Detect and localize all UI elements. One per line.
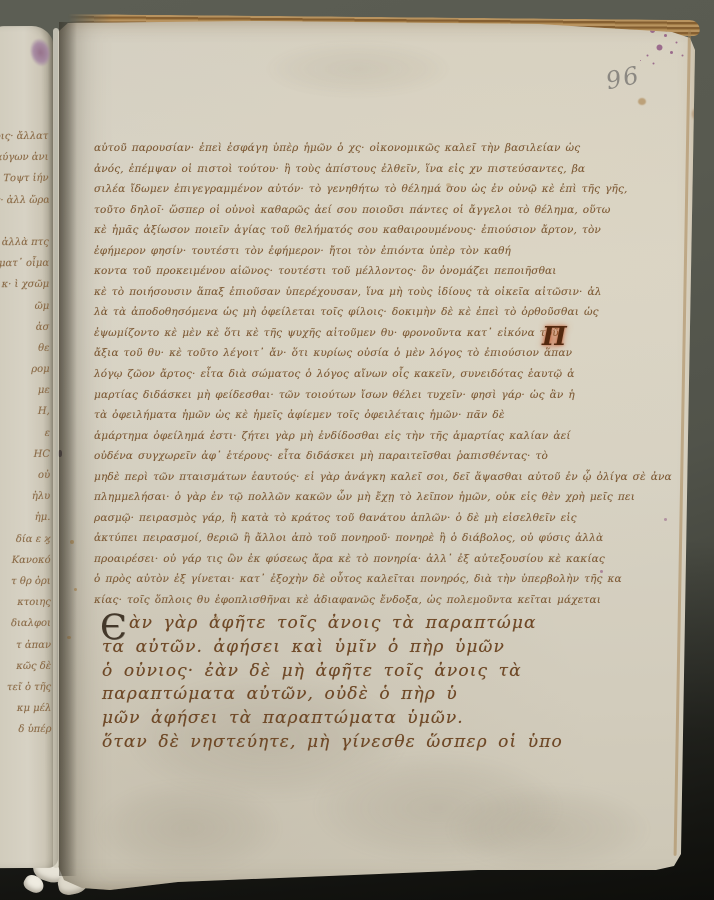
text-fragment: με [0,380,50,402]
commentary-line: κὲ τὸ ποιήσουσιν ἅπαξ ἐπιοῦσαν ὑπερέχουσ… [94,282,556,303]
water-stain [418,774,678,884]
commentary-line: μηδὲ περὶ τῶν πταισμάτων ἑαυτούς· εἰ γὰρ… [94,467,556,488]
text-fragment: κτοιης [0,592,51,614]
text-fragment: Τοψτ ἰήν [0,168,49,190]
commentary-line: ἀκτύπει πειρασμοί, θεριῶ ἢ ἄλλοι ἀπὸ τοῦ… [94,528,556,549]
text-fragment: Η, [0,401,50,423]
text-fragment: δ ὑπέρ [0,719,52,741]
commentary-line: ἄξια τοῦ θυ· κὲ τοῦτο λέγοιτ᾽ ἄν· ὅτι κυ… [94,343,556,364]
text-fragment: ε [0,422,50,444]
text-fragment: κῶς δὲ [0,656,51,678]
text-fragment: ΗC [0,444,50,466]
lemma-line: ὅταν δὲ νηστεύητε, μὴ γίνεσθε ὥσπερ οἱ ὑ… [102,731,563,755]
gutter-shadow [59,22,77,876]
text-fragment: ης· ἀλλ ὥρα [0,189,49,211]
commentary-line: πλημμελήσαι· ὁ γὰρ ἐν τῷ πολλῶν κακῶν ὧν… [94,487,556,508]
commentary-line: τοῦτο δηλοῖ· ὥσπερ οἱ οὐνοὶ καθαρῶς ἀεί … [94,200,556,221]
text-fragment: ρομ [0,359,50,381]
text-fragment [0,211,49,233]
text-fragment: μ, ἀλλὰ πτς C [0,232,49,254]
commentary-line: κὲ ἡμᾶς ἀξίωσον ποιεῖν ἁγίας τοῦ θελήματ… [94,220,556,241]
text-fragment: τ θρ ὀρι [0,571,51,593]
text-fragment: δία ε ϗ [0,528,51,550]
text-fragment: οὐ [0,465,50,487]
text-fragment: ἠλυ [0,486,50,508]
facing-page-text-fragments: γοις· ἄλλατπαύγων ἀνιΤοψτ ἰήνης· ἀλλ ὥρα… [0,126,52,868]
lemma-line: ὰν γὰρ ἀφῆτε τοῖς ἀνοις τὰ παραπτώμα [102,612,563,636]
manuscript-page: 96 αὐτοῦ παρουσίαν· ἐπεὶ ἐσφάγη ὑπὲρ ἡμῶ… [58,18,700,892]
commentary-line: ἀνός, ἐπέμψαν οἱ πιστοὶ τούτου· ἢ τοὺς ἀ… [94,159,556,180]
commentary-line: ἐφήμερον φησίν· τουτέστι τὸν ἐφήμερον· ἤ… [94,241,556,262]
water-stain [238,34,478,104]
commentary-line: σιλέα ἴδωμεν ἐπιγεγραμμένον αὐτόν· τὸ γε… [94,179,556,200]
commentary-line: ἁμάρτημα ὀφείλημά ἐστι· ζήτει γὰρ μὴ ἐνδ… [94,426,556,447]
ink-blotch [27,36,54,69]
text-fragment: διαλφοι [0,613,51,635]
manuscript-photo: 96 αὐτοῦ παρουσίαν· ἐπεὶ ἐσφάγη ὑπὲρ ἡμῶ… [0,0,714,900]
text-fragment: ῶμ [0,295,49,317]
lemma-line: παραπτώματα αὐτῶν, οὐδὲ ὁ πὴρ ὑ [102,683,563,707]
commentary-line: λόγῳ ζῶον ἄρτος· εἶτα διὰ σώματος ὁ λόγο… [94,364,556,385]
commentary-line: κοντα τοῦ προκειμένου αἰῶνος· τουτέστι τ… [94,261,556,282]
commentary-line: ρασμῷ· πειρασμὸς γάρ, ἢ κατὰ τὸ κράτος τ… [94,508,556,529]
text-fragment: τεῖ ὁ τῆς [0,677,51,699]
text-fragment: θε [0,338,50,360]
text-fragment: παύγων ἀνι [0,147,49,169]
text-fragment: ἀσ [0,317,49,339]
text-fragment: Κανοκό [0,550,51,572]
commentary-text-block: αὐτοῦ παρουσίαν· ἐπεὶ ἐσφάγη ὑπὲρ ἡμῶν ὁ… [94,138,556,611]
commentary-line: λὰ τὰ ἀποδοθησόμενα ὡς μὴ ὀφείλεται τοῖς… [94,302,556,323]
water-stain [68,768,308,888]
text-fragment: χίματ᾽ οἶμαι [0,253,49,275]
text-fragment: ἡμ. [0,507,50,529]
text-fragment: γοις· ἄλλατ [0,126,48,148]
text-fragment: τ ἀπαν [0,634,51,656]
text-fragment: κ· ὶ χσῶμ [0,274,49,296]
commentary-line: ὁ πρὸς αὐτὸν ἐξ γίνεται· κατ᾽ ἐξοχὴν δὲ … [94,569,556,590]
marginal-rubric-initial: Π [542,322,567,352]
lemma-lines: ὰν γὰρ ἀφῆτε τοῖς ἀνοις τὰ παραπτώματα α… [102,612,563,755]
commentary-line: οὐδένα συγχωρεῖν ἀφ᾽ ἑτέρους· εἶτα διδάσ… [94,446,556,467]
rust-stain [638,98,646,105]
purple-speck [664,518,667,521]
facing-page-edge: γοις· ἄλλατπαύγων ἀνιΤοψτ ἰήνης· ἀλλ ὥρα… [0,26,58,868]
lemma-line: μῶν ἀφήσει τὰ παραπτώματα ὑμῶν. [102,707,563,731]
commentary-line: τὰ ὀφειλήματα ἡμῶν ὡς κὲ ἡμεῖς ἀφίεμεν τ… [94,405,556,426]
fold-highlight [53,28,59,868]
lemma-line: ὁ οὐνιος· ἐὰν δὲ μὴ ἀφῆτε τοῖς ἀνοις τὰ [102,660,563,684]
commentary-line: αὐτοῦ παρουσίαν· ἐπεὶ ἐσφάγη ὑπὲρ ἡμῶν ὁ… [94,138,556,159]
commentary-line: προαιρέσει· οὐ γάρ τις ὢν ἐκ φύσεως ἄρα … [94,549,556,570]
text-fragment: κμ μέλ [0,698,51,720]
lemma-line: τα αὐτῶν. ἀφήσει καὶ ὑμῖν ὁ πὴρ ὑμῶν [102,636,563,660]
commentary-line: ἐψωμίζοντο κὲ μὲν κὲ ὅτι κὲ τῆς ψυχῆς αἰ… [94,323,556,344]
folio-number: 96 [603,61,643,96]
commentary-line: μαρτίας διδάσκει μὴ φείδεσθαι· τῶν τοιού… [94,385,556,406]
commentary-line: κίας· τοῖς ὅπλοις θυ ἐφοπλισθῆναι κὲ ἀδι… [94,590,556,611]
